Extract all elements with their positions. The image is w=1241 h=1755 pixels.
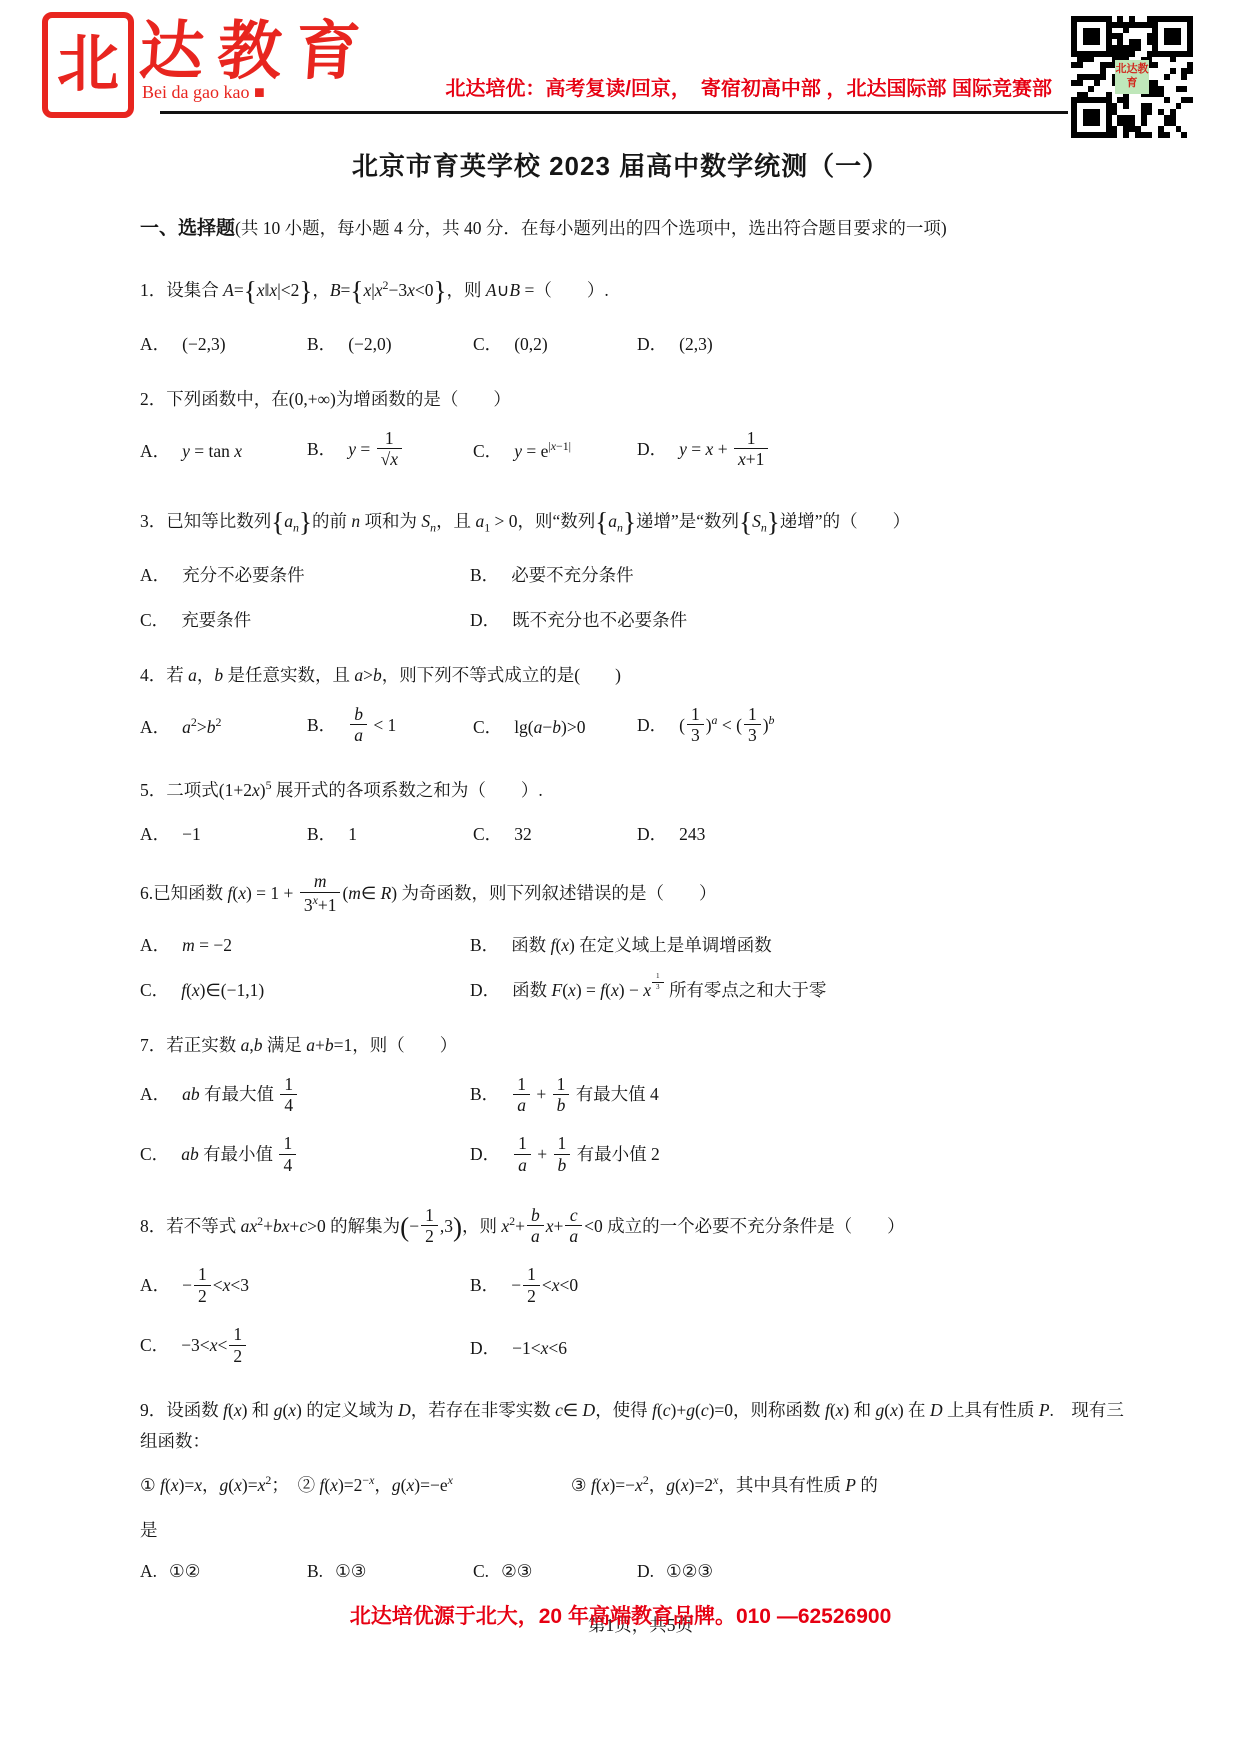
question-stem: 7．若正实数 a,b 满足 a+b=1，则（ ） [140,1030,1141,1061]
option-d: D．−1<x<6 [470,1335,1141,1360]
question: 8．若不等式 ax2+bx+c>0 的解集为(−12,3)，则 x2+bax+c… [140,1204,1141,1367]
options: A．(−2,3)B．(−2,0)C．(0,2)D．(2,3) [140,331,1141,356]
option-d: D.①②③ [637,1561,1141,1582]
section-label: 一、选择题 [140,218,235,239]
option-c: C．32 [473,821,637,846]
option-b: B．必要不充分条件 [470,562,1141,587]
option-d: D．(2,3) [637,331,1141,356]
options: A．a2>b2B．ba < 1C．lg(a−b)>0D．(13)a < (13)… [140,707,1141,747]
question: 5．二项式(1+2x)5 展开式的各项系数之和为（ ）.A．−1B．1C．32D… [140,775,1141,847]
question-stem: 5．二项式(1+2x)5 展开式的各项系数之和为（ ）. [140,775,1141,806]
question: 7．若正实数 a,b 满足 a+b=1，则（ ）A．ab 有最大值 14B．1a… [140,1030,1141,1176]
option-c: C．(0,2) [473,331,637,356]
option-d: D．(13)a < (13)b [637,707,1141,747]
content: 一、选择题(共 10 小题，每小题 4 分，共 40 分．在每小题列出的四个选项… [0,213,1241,1637]
section-note: (共 10 小题，每小题 4 分，共 40 分．在每小题列出的四个选项中，选出符… [235,218,947,238]
option-a: A．a2>b2 [140,714,307,739]
header: 北 达教育 Bei da gao kao ■ 北达培优：高考复读/回京， 寄宿初… [0,0,1241,126]
option-c: C．f(x)∈(−1,1) [140,977,470,1002]
question: 3．已知等比数列{an}的前 n 项和为 Sn，且 a1 > 0，则“数列{an… [140,499,1141,632]
options: A.①②B.①③C.②③D.①②③ [140,1561,1141,1582]
option-d: D．函数 F(x) = f(x) − x13 所有零点之和大于零 [470,977,1141,1002]
option-a: A．(−2,3) [140,331,307,356]
option-b: B．1a + 1b 有最大值 4 [470,1077,1141,1117]
option-b: B．函数 f(x) 在定义域上是单调增函数 [470,932,1141,957]
question: 1．设集合 A={x‖x|<2}，B={x|x2−3x<0}，则 A∪B =（ … [140,268,1141,356]
option-b: B.①③ [307,1561,473,1582]
option-a: A.①② [140,1561,307,1582]
option-c: C．−3<x<12 [140,1327,470,1367]
question-stem: 9．设函数 f(x) 和 g(x) 的定义域为 D，若存在非零实数 c∈ D，使… [140,1395,1141,1456]
option-a: A．−1 [140,821,307,846]
footer-note: 北达培优源于北大，20 年高端教育品牌。010 —62526900 [0,1600,1241,1630]
option-a: A．−12<x<3 [140,1267,470,1307]
option-b: B．ba < 1 [307,707,473,747]
option-a: A．充分不必要条件 [140,562,470,587]
question: 6.已知函数 f(x) = 1 + m3x+1(m∈ R) 为奇函数，则下列叙述… [140,874,1141,1002]
options: A．−1B．1C．32D．243 [140,821,1141,846]
option-d: D．既不充分也不必要条件 [470,607,1141,632]
page-title: 北京市育英学校 2023 届高中数学统测（一） [0,146,1241,183]
question-stem: 8．若不等式 ax2+bx+c>0 的解集为(−12,3)，则 x2+bax+c… [140,1204,1141,1251]
logo-stamp-icon: 北 [42,12,134,118]
section-heading: 一、选择题(共 10 小题，每小题 4 分，共 40 分．在每小题列出的四个选项… [140,213,1141,240]
option-c: C．lg(a−b)>0 [473,714,637,739]
options: A．ab 有最大值 14B．1a + 1b 有最大值 4C．ab 有最小值 14… [140,1077,1141,1177]
qr-code: 北达教育 [1071,16,1193,138]
questions: 1．设集合 A={x‖x|<2}，B={x|x2−3x<0}，则 A∪B =（ … [140,268,1141,1582]
options: A．−12<x<3B．−12<x<0C．−3<x<12D．−1<x<6 [140,1267,1141,1367]
document-page: 北 达教育 Bei da gao kao ■ 北达培优：高考复读/回京， 寄宿初… [0,0,1241,1755]
options: A．y = tan xB．y = 1√xC．y = e|x−1|D．y = x … [140,431,1141,471]
question: 2．下列函数中，在(0,+∞)为增函数的是（ ）A．y = tan xB．y =… [140,384,1141,470]
option-d: D．1a + 1b 有最小值 2 [470,1136,1141,1176]
question: 4．若 a，b 是任意实数，且 a>b，则下列不等式成立的是( )A．a2>b2… [140,660,1141,746]
question-extra-line: ① f(x)=x，g(x)=x2； ② f(x)=2−x，g(x)=−ex③ f… [140,1470,1141,1501]
option-c: C．充要条件 [140,607,470,632]
question-stem: 3．已知等比数列{an}的前 n 项和为 Sn，且 a1 > 0，则“数列{an… [140,499,1141,546]
option-b: B．−12<x<0 [470,1267,1141,1307]
option-c: C.②③ [473,1561,637,1582]
question-extra-line: 是 [140,1515,1141,1546]
options: A．m = −2B．函数 f(x) 在定义域上是单调增函数C．f(x)∈(−1,… [140,932,1141,1002]
question: 9．设函数 f(x) 和 g(x) 的定义域为 D，若存在非零实数 c∈ D，使… [140,1395,1141,1583]
option-c: C．y = e|x−1| [473,438,637,463]
option-d: D．y = x + 1x+1 [637,431,1141,471]
option-c: C．ab 有最小值 14 [140,1136,470,1176]
question-stem: 4．若 a，b 是任意实数，且 a>b，则下列不等式成立的是( ) [140,660,1141,691]
qr-center-label: 北达教育 [1115,60,1149,94]
option-b: B．y = 1√x [307,431,473,471]
option-a: A．m = −2 [140,932,470,957]
question-stem: 6.已知函数 f(x) = 1 + m3x+1(m∈ R) 为奇函数，则下列叙述… [140,874,1141,916]
option-b: B．1 [307,821,473,846]
option-b: B．(−2,0) [307,331,473,356]
option-a: A．y = tan x [140,438,307,463]
option-d: D．243 [637,821,1141,846]
options: A．充分不必要条件B．必要不充分条件C．充要条件D．既不充分也不必要条件 [140,562,1141,632]
question-stem: 2．下列函数中，在(0,+∞)为增函数的是（ ） [140,384,1141,415]
option-a: A．ab 有最大值 14 [140,1077,470,1117]
question-stem: 1．设集合 A={x‖x|<2}，B={x|x2−3x<0}，则 A∪B =（ … [140,268,1141,315]
header-slogan: 北达培优：高考复读/回京， 寄宿初高中部 ，北达国际部 国际竞赛部 [160,72,1068,114]
